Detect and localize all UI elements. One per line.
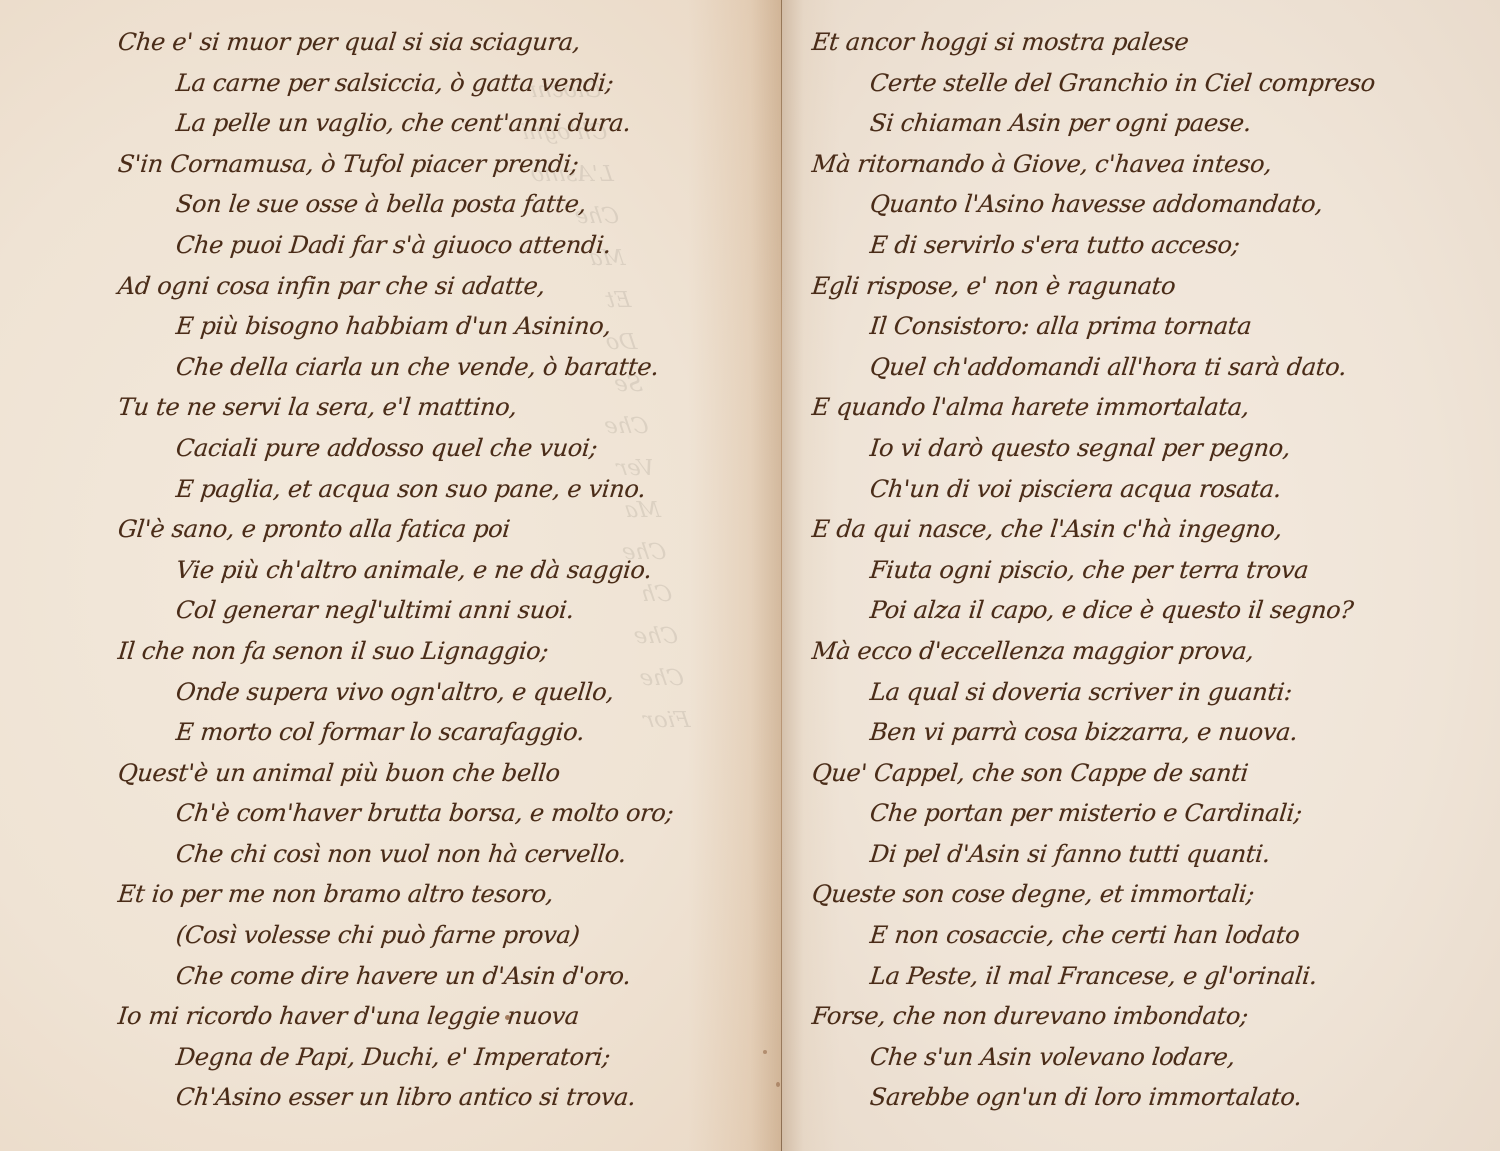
verse-line: Che portan per misterio e Cardinali; [810,793,1377,834]
verse-line: Si chiaman Asin per ogni paese. [810,103,1377,144]
verse-line: Et ancor hoggi si mostra palese [810,22,1377,63]
verse-line: E più bisogno habbiam d'un Asinino, [116,306,676,347]
verse-line: (Così volesse chi può farne prova) [116,915,676,956]
verse-line: Mà ritornando à Giove, c'havea inteso, [810,144,1377,185]
verse-line: Quanto l'Asino havesse addomandato, [810,184,1377,225]
verse-line: Ben vi parrà cosa bizzarra, e nuova. [810,712,1377,753]
verse-line: E non cosaccie, che certi han lodato [810,915,1377,956]
right-page-verses: Et ancor hoggi si mostra paleseCerte ste… [812,22,1375,1118]
verse-line: Il che non fa senon il suo Lignaggio; [116,631,676,672]
verse-line: Il Consistoro: alla prima tornata [810,306,1377,347]
verse-line: Che s'un Asin volevano lodare, [810,1037,1377,1078]
verse-line: Vie più ch'altro animale, e ne dà saggio… [116,550,676,591]
foxing-spot [763,1050,767,1054]
verse-line: Che chi così non vuol non hà cervello. [116,834,676,875]
verse-line: Et io per me non bramo altro tesoro, [116,874,676,915]
right-page: Pr Mo Co L' Ch Tr Qu Ch Ca Po Ri Fa Ch D… [782,0,1500,1151]
verse-line: E di servirlo s'era tutto acceso; [810,225,1377,266]
verse-line: La qual si doveria scriver in guanti: [810,672,1377,713]
verse-line: Che puoi Dadi far s'à giuoco attendi. [116,225,676,266]
ink-spot [505,1015,510,1020]
verse-line: Onde supera vivo ogn'altro, e quello, [116,672,676,713]
verse-line: Di pel d'Asin si fanno tutti quanti. [810,834,1377,875]
verse-line: La Peste, il mal Francese, e gl'orinali. [810,956,1377,997]
verse-line: Fiuta ogni piscio, che per terra trova [810,550,1377,591]
verse-line: Forse, che non durevano imbondato; [810,996,1377,1037]
verse-line: S'in Cornamusa, ò Tufol piacer prendi; [116,144,676,185]
verse-line: Tu te ne servi la sera, e'l mattino, [116,387,676,428]
verse-line: Io mi ricordo haver d'una leggie nuova [116,996,676,1037]
verse-line: Che della ciarla un che vende, ò baratte… [116,347,676,388]
verse-line: Che e' si muor per qual si sia sciagura, [116,22,676,63]
left-page-verses: Che e' si muor per qual si sia sciagura,… [118,22,673,1118]
verse-line: Certe stelle del Granchio in Ciel compre… [810,63,1377,104]
verse-line: Que' Cappel, che son Cappe de santi [810,753,1377,794]
verse-line: Ch'è com'haver brutta borsa, e molto oro… [116,793,676,834]
manuscript-spread: Giochi Ch'ogni L'Asino Che Ma Et Do Se C… [0,0,1500,1151]
verse-line: Ch'Asino esser un libro antico si trova. [116,1077,676,1118]
verse-line: Egli rispose, e' non è ragunato [810,266,1377,307]
verse-line: Queste son cose degne, et immortali; [810,874,1377,915]
verse-line: E paglia, et acqua son suo pane, e vino. [116,469,676,510]
verse-line: Mà ecco d'eccellenza maggior prova, [810,631,1377,672]
verse-line: E quando l'alma harete immortalata, [810,387,1377,428]
left-page: Giochi Ch'ogni L'Asino Che Ma Et Do Se C… [0,0,782,1151]
verse-line: Ch'un di voi pisciera acqua rosata. [810,469,1377,510]
verse-line: La pelle un vaglio, che cent'anni dura. [116,103,676,144]
verse-line: Gl'è sano, e pronto alla fatica poi [116,509,676,550]
verse-line: Quel ch'addomandi all'hora ti sarà dato. [810,347,1377,388]
verse-line: Son le sue osse à bella posta fatte, [116,184,676,225]
verse-line: Che come dire havere un d'Asin d'oro. [116,956,676,997]
verse-line: Poi alza il capo, e dice è questo il seg… [810,590,1377,631]
verse-line: Sarebbe ogn'un di loro immortalato. [810,1077,1377,1118]
verse-line: Quest'è un animal più buon che bello [116,753,676,794]
verse-line: La carne per salsiccia, ò gatta vendi; [116,63,676,104]
verse-line: Io vi darò questo segnal per pegno, [810,428,1377,469]
verse-line: Ad ogni cosa infin par che si adatte, [116,266,676,307]
verse-line: Degna de Papi, Duchi, e' Imperatori; [116,1037,676,1078]
foxing-spot [776,1082,780,1087]
verse-line: Col generar negl'ultimi anni suoi. [116,590,676,631]
verse-line: E morto col formar lo scarafaggio. [116,712,676,753]
verse-line: Caciali pure addosso quel che vuoi; [116,428,676,469]
verse-line: E da qui nasce, che l'Asin c'hà ingegno, [810,509,1377,550]
